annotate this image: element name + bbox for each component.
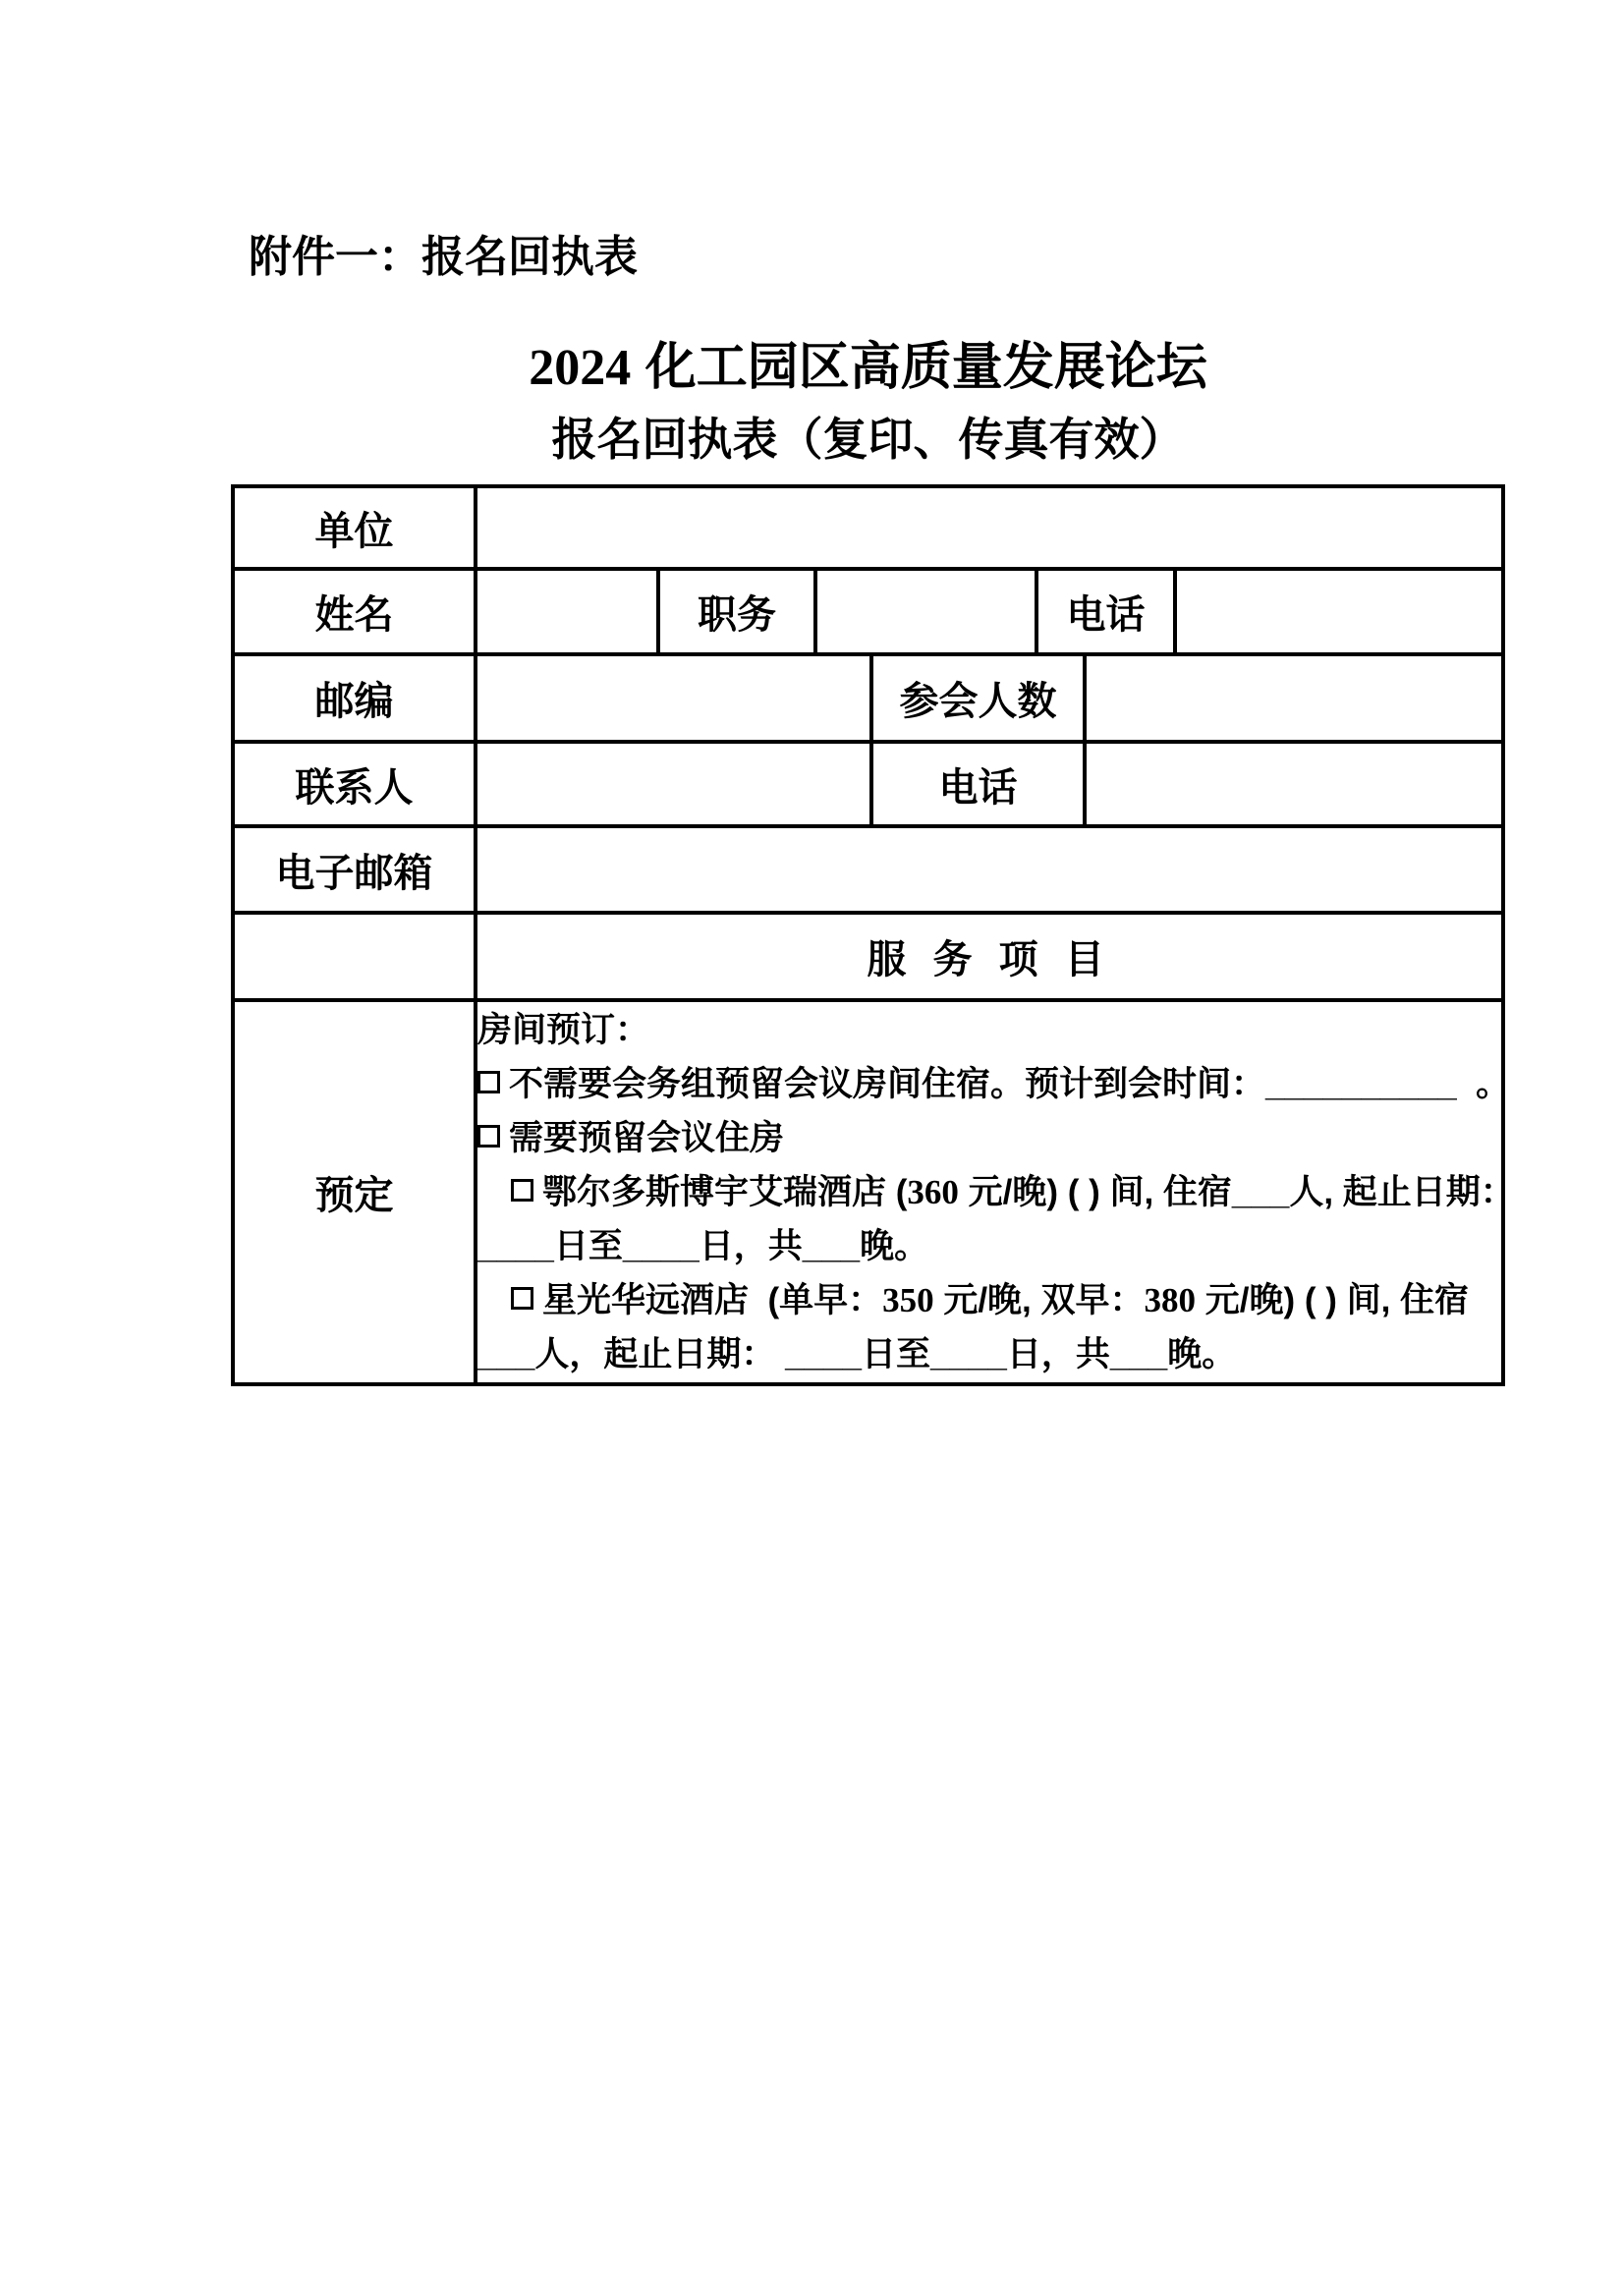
checkbox-icon[interactable] xyxy=(511,1179,533,1202)
booking-line-text: 需要预留会议住房 xyxy=(509,1119,784,1157)
postcode-value-cell[interactable] xyxy=(476,654,871,742)
booking-line-text: 鄂尔多斯博宇艾瑞酒店 (360 元/晚) ( ) 间, 住宿___人, 起止日期… xyxy=(542,1173,1503,1211)
row-booking: 预定 房间预订：不需要会务组预留会议房间住宿。预计到会时间：__________… xyxy=(233,1000,1503,1384)
row-postcode: 邮编 参会人数 xyxy=(233,654,1503,742)
checkbox-icon[interactable] xyxy=(477,1125,500,1148)
booking-line-text: 不需要会务组预留会议房间住宿。预计到会时间：__________ 。 xyxy=(509,1065,1503,1103)
row-service-header: 服 务 项 目 xyxy=(233,913,1503,1000)
booking-line: 不需要会务组预留会议房间住宿。预计到会时间：__________ 。 xyxy=(477,1057,1501,1111)
booking-label: 预定 xyxy=(315,1174,394,1217)
phone-label-cell: 电话 xyxy=(1036,569,1175,654)
contact-value-cell[interactable] xyxy=(476,742,871,826)
name-label: 姓名 xyxy=(315,593,394,637)
booking-label-cell: 预定 xyxy=(233,1000,476,1384)
attendees-label: 参会人数 xyxy=(900,680,1057,723)
booking-line: 星光华远酒店 (单早：350 元/晚, 双早：380 元/晚) ( ) 间, 住… xyxy=(477,1273,1501,1327)
phone-value-cell[interactable] xyxy=(1175,569,1503,654)
booking-line-text: 星光华远酒店 (单早：350 元/晚, 双早：380 元/晚) ( ) 间, 住… xyxy=(542,1281,1469,1319)
booking-line: 房间预订： xyxy=(477,1003,1501,1057)
form-subtitle: 报名回执表（复印、传真有效） xyxy=(231,417,1505,462)
unit-label: 单位 xyxy=(315,510,394,553)
booking-line: ____日至____日，共___晚。 xyxy=(477,1219,1501,1273)
contact-phone-label-cell: 电话 xyxy=(871,742,1085,826)
postcode-label: 邮编 xyxy=(315,680,394,723)
row-name: 姓名 职务 电话 xyxy=(233,569,1503,654)
email-label-cell: 电子邮箱 xyxy=(233,826,476,913)
row-contact: 联系人 电话 xyxy=(233,742,1503,826)
unit-value-cell[interactable] xyxy=(476,486,1503,569)
contact-label-cell: 联系人 xyxy=(233,742,476,826)
form-title: 2024 化工园区高质量发展论坛 xyxy=(231,342,1505,394)
attachment-header: 附件一：报名回执表 xyxy=(249,236,638,279)
checkbox-icon[interactable] xyxy=(511,1287,533,1310)
booking-line-text: ___人，起止日期： ____日至____日，共___晚。 xyxy=(477,1335,1236,1373)
registration-table: 单位 姓名 职务 电话 邮编 参会人数 联系人 电话 电子邮箱 xyxy=(231,484,1505,1386)
attendees-label-cell: 参会人数 xyxy=(871,654,1085,742)
booking-content-cell[interactable]: 房间预订：不需要会务组预留会议房间住宿。预计到会时间：__________ 。需… xyxy=(476,1000,1503,1384)
name-value-cell[interactable] xyxy=(476,569,658,654)
contact-phone-value-cell[interactable] xyxy=(1085,742,1503,826)
phone-label: 电话 xyxy=(1067,593,1146,637)
service-items-header: 服 务 项 目 xyxy=(867,938,1111,981)
booking-line-text: 房间预订： xyxy=(477,1011,649,1049)
contact-phone-label: 电话 xyxy=(939,766,1018,810)
contact-label: 联系人 xyxy=(296,766,414,810)
attendees-value-cell[interactable] xyxy=(1085,654,1503,742)
booking-lines: 房间预订：不需要会务组预留会议房间住宿。预计到会时间：__________ 。需… xyxy=(477,1003,1501,1381)
email-value-cell[interactable] xyxy=(476,826,1503,913)
row-email: 电子邮箱 xyxy=(233,826,1503,913)
document-page: 附件一：报名回执表 2024 化工园区高质量发展论坛 报名回执表（复印、传真有效… xyxy=(0,0,1624,2296)
booking-line: 需要预留会议住房 xyxy=(477,1111,1501,1165)
service-empty-cell xyxy=(233,913,476,1000)
position-value-cell[interactable] xyxy=(815,569,1036,654)
postcode-label-cell: 邮编 xyxy=(233,654,476,742)
service-items-header-cell: 服 务 项 目 xyxy=(476,913,1503,1000)
booking-line: ___人，起止日期： ____日至____日，共___晚。 xyxy=(477,1327,1501,1381)
booking-line: 鄂尔多斯博宇艾瑞酒店 (360 元/晚) ( ) 间, 住宿___人, 起止日期… xyxy=(477,1165,1501,1219)
checkbox-icon[interactable] xyxy=(477,1071,500,1093)
name-label-cell: 姓名 xyxy=(233,569,476,654)
row-unit: 单位 xyxy=(233,486,1503,569)
position-label: 职务 xyxy=(698,593,776,637)
email-label: 电子邮箱 xyxy=(276,852,433,895)
booking-line-text: ____日至____日，共___晚。 xyxy=(477,1227,928,1265)
position-label-cell: 职务 xyxy=(658,569,815,654)
unit-label-cell: 单位 xyxy=(233,486,476,569)
